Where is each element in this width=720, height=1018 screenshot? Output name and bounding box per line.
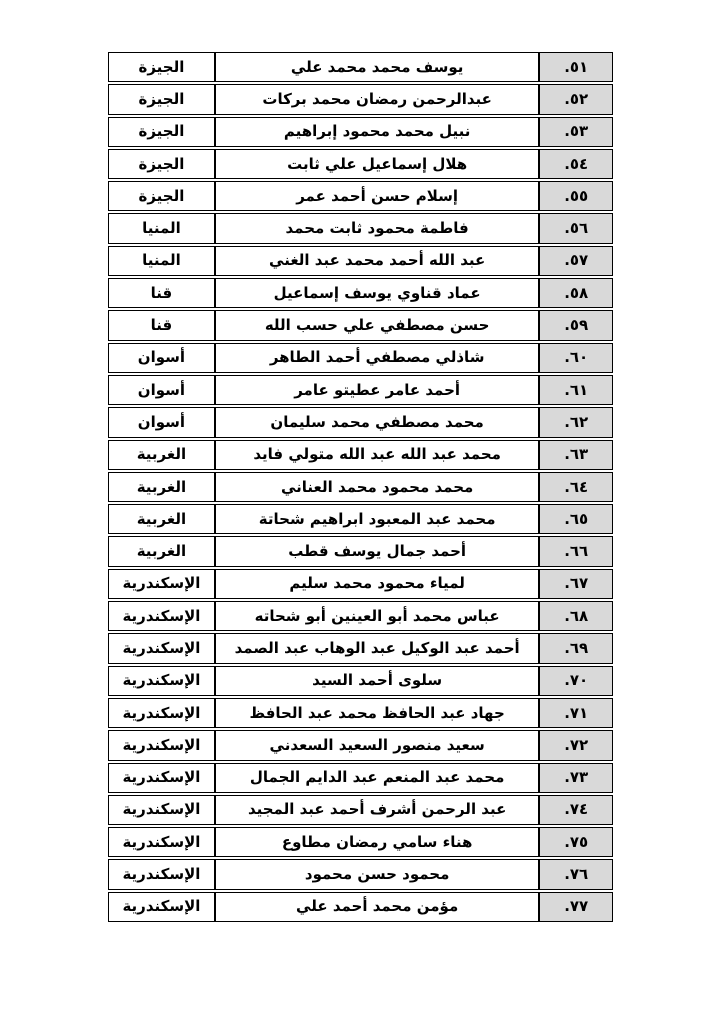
roster-table: ٥١. يوسف محمد محمد علي الجيزة ٥٢. عبدالر… bbox=[108, 50, 613, 924]
governorate-cell: الإسكندرية bbox=[108, 892, 215, 922]
row-number-cell: ٥٥. bbox=[539, 181, 613, 211]
person-name-cell: نبيل محمد محمود إبراهيم bbox=[215, 117, 540, 147]
row-number-cell: ٧٥. bbox=[539, 827, 613, 857]
table-row: ٥٤. هلال إسماعيل علي ثابت الجيزة bbox=[108, 149, 613, 179]
governorate-cell: الإسكندرية bbox=[108, 763, 215, 793]
governorate-cell: الإسكندرية bbox=[108, 795, 215, 825]
governorate-cell: الجيزة bbox=[108, 181, 215, 211]
governorate-cell: المنيا bbox=[108, 246, 215, 276]
row-number-cell: ٦١. bbox=[539, 375, 613, 405]
row-number-cell: ٦٨. bbox=[539, 601, 613, 631]
table-row: ٦٦. أحمد جمال يوسف قطب الغربية bbox=[108, 536, 613, 566]
row-number-cell: ٥٤. bbox=[539, 149, 613, 179]
table-row: ٦٠. شاذلي مصطفي أحمد الطاهر أسوان bbox=[108, 343, 613, 373]
governorate-cell: الجيزة bbox=[108, 52, 215, 82]
person-name-cell: سعيد منصور السعيد السعدني bbox=[215, 730, 540, 760]
person-name-cell: أحمد عبد الوكيل عبد الوهاب عبد الصمد bbox=[215, 633, 540, 663]
governorate-cell: أسوان bbox=[108, 407, 215, 437]
governorate-cell: الإسكندرية bbox=[108, 698, 215, 728]
table-row: ٦٩. أحمد عبد الوكيل عبد الوهاب عبد الصمد… bbox=[108, 633, 613, 663]
governorate-cell: الإسكندرية bbox=[108, 601, 215, 631]
person-name-cell: شاذلي مصطفي أحمد الطاهر bbox=[215, 343, 540, 373]
row-number-cell: ٥٩. bbox=[539, 310, 613, 340]
governorate-cell: أسوان bbox=[108, 375, 215, 405]
person-name-cell: هناء سامي رمضان مطاوع bbox=[215, 827, 540, 857]
row-number-cell: ٦٤. bbox=[539, 472, 613, 502]
person-name-cell: هلال إسماعيل علي ثابت bbox=[215, 149, 540, 179]
person-name-cell: محمد عبد المنعم عبد الدايم الجمال bbox=[215, 763, 540, 793]
governorate-cell: الإسكندرية bbox=[108, 730, 215, 760]
table-row: ٥٢. عبدالرحمن رمضان محمد بركات الجيزة bbox=[108, 84, 613, 114]
governorate-cell: المنيا bbox=[108, 213, 215, 243]
governorate-cell: الغربية bbox=[108, 440, 215, 470]
table-row: ٥٥. إسلام حسن أحمد عمر الجيزة bbox=[108, 181, 613, 211]
row-number-cell: ٥٢. bbox=[539, 84, 613, 114]
row-number-cell: ٥٦. bbox=[539, 213, 613, 243]
governorate-cell: الغربية bbox=[108, 504, 215, 534]
table-row: ٦٨. عباس محمد أبو العينين أبو شحاته الإس… bbox=[108, 601, 613, 631]
governorate-cell: الإسكندرية bbox=[108, 827, 215, 857]
table-row: ٦٣. محمد عبد الله عبد الله متولي فايد ال… bbox=[108, 440, 613, 470]
table-row: ٦١. أحمد عامر عطيتو عامر أسوان bbox=[108, 375, 613, 405]
row-number-cell: ٧١. bbox=[539, 698, 613, 728]
governorate-cell: أسوان bbox=[108, 343, 215, 373]
row-number-cell: ٦٥. bbox=[539, 504, 613, 534]
person-name-cell: إسلام حسن أحمد عمر bbox=[215, 181, 540, 211]
person-name-cell: عباس محمد أبو العينين أبو شحاته bbox=[215, 601, 540, 631]
table-row: ٥٦. فاطمة محمود ثابت محمد المنيا bbox=[108, 213, 613, 243]
person-name-cell: محمود حسن محمود bbox=[215, 859, 540, 889]
row-number-cell: ٦٦. bbox=[539, 536, 613, 566]
person-name-cell: محمد عبد المعبود ابراهيم شحاتة bbox=[215, 504, 540, 534]
row-number-cell: ٥٨. bbox=[539, 278, 613, 308]
roster-table-body: ٥١. يوسف محمد محمد علي الجيزة ٥٢. عبدالر… bbox=[108, 52, 613, 922]
governorate-cell: قنا bbox=[108, 278, 215, 308]
table-row: ٧٤. عبد الرحمن أشرف أحمد عبد المجيد الإس… bbox=[108, 795, 613, 825]
person-name-cell: محمد عبد الله عبد الله متولي فايد bbox=[215, 440, 540, 470]
table-row: ٥١. يوسف محمد محمد علي الجيزة bbox=[108, 52, 613, 82]
table-row: ٥٨. عماد قناوي يوسف إسماعيل قنا bbox=[108, 278, 613, 308]
person-name-cell: محمد محمود محمد العناني bbox=[215, 472, 540, 502]
row-number-cell: ٧٧. bbox=[539, 892, 613, 922]
row-number-cell: ٦٧. bbox=[539, 569, 613, 599]
governorate-cell: الغربية bbox=[108, 472, 215, 502]
row-number-cell: ٧٦. bbox=[539, 859, 613, 889]
table-row: ٧٢. سعيد منصور السعيد السعدني الإسكندرية bbox=[108, 730, 613, 760]
person-name-cell: سلوى أحمد السيد bbox=[215, 666, 540, 696]
governorate-cell: الإسكندرية bbox=[108, 633, 215, 663]
row-number-cell: ٦٩. bbox=[539, 633, 613, 663]
table-row: ٦٥. محمد عبد المعبود ابراهيم شحاتة الغرب… bbox=[108, 504, 613, 534]
table-row: ٧٣. محمد عبد المنعم عبد الدايم الجمال ال… bbox=[108, 763, 613, 793]
person-name-cell: حسن مصطفي علي حسب الله bbox=[215, 310, 540, 340]
table-row: ٦٧. لمياء محمود محمد سليم الإسكندرية bbox=[108, 569, 613, 599]
row-number-cell: ٧٢. bbox=[539, 730, 613, 760]
row-number-cell: ٥١. bbox=[539, 52, 613, 82]
person-name-cell: فاطمة محمود ثابت محمد bbox=[215, 213, 540, 243]
governorate-cell: الإسكندرية bbox=[108, 859, 215, 889]
person-name-cell: عبد الله أحمد محمد عبد الغني bbox=[215, 246, 540, 276]
row-number-cell: ٦٢. bbox=[539, 407, 613, 437]
governorate-cell: الجيزة bbox=[108, 84, 215, 114]
scanned-document-page: ٥١. يوسف محمد محمد علي الجيزة ٥٢. عبدالر… bbox=[0, 0, 720, 1018]
table-row: ٧٠. سلوى أحمد السيد الإسكندرية bbox=[108, 666, 613, 696]
governorate-cell: الإسكندرية bbox=[108, 666, 215, 696]
governorate-cell: الجيزة bbox=[108, 117, 215, 147]
governorate-cell: الإسكندرية bbox=[108, 569, 215, 599]
person-name-cell: لمياء محمود محمد سليم bbox=[215, 569, 540, 599]
person-name-cell: أحمد عامر عطيتو عامر bbox=[215, 375, 540, 405]
person-name-cell: أحمد جمال يوسف قطب bbox=[215, 536, 540, 566]
person-name-cell: مؤمن محمد أحمد علي bbox=[215, 892, 540, 922]
table-row: ٧٥. هناء سامي رمضان مطاوع الإسكندرية bbox=[108, 827, 613, 857]
governorate-cell: الجيزة bbox=[108, 149, 215, 179]
table-row: ٧١. جهاد عبد الحافظ محمد عبد الحافظ الإس… bbox=[108, 698, 613, 728]
row-number-cell: ٦٣. bbox=[539, 440, 613, 470]
table-row: ٦٤. محمد محمود محمد العناني الغربية bbox=[108, 472, 613, 502]
table-row: ٥٩. حسن مصطفي علي حسب الله قنا bbox=[108, 310, 613, 340]
governorate-cell: الغربية bbox=[108, 536, 215, 566]
table-row: ٧٧. مؤمن محمد أحمد علي الإسكندرية bbox=[108, 892, 613, 922]
row-number-cell: ٥٣. bbox=[539, 117, 613, 147]
table-row: ٥٣. نبيل محمد محمود إبراهيم الجيزة bbox=[108, 117, 613, 147]
table-row: ٧٦. محمود حسن محمود الإسكندرية bbox=[108, 859, 613, 889]
row-number-cell: ٦٠. bbox=[539, 343, 613, 373]
person-name-cell: جهاد عبد الحافظ محمد عبد الحافظ bbox=[215, 698, 540, 728]
person-name-cell: عبد الرحمن أشرف أحمد عبد المجيد bbox=[215, 795, 540, 825]
row-number-cell: ٧٠. bbox=[539, 666, 613, 696]
table-row: ٥٧. عبد الله أحمد محمد عبد الغني المنيا bbox=[108, 246, 613, 276]
person-name-cell: عبدالرحمن رمضان محمد بركات bbox=[215, 84, 540, 114]
person-name-cell: محمد مصطفي محمد سليمان bbox=[215, 407, 540, 437]
table-row: ٦٢. محمد مصطفي محمد سليمان أسوان bbox=[108, 407, 613, 437]
governorate-cell: قنا bbox=[108, 310, 215, 340]
person-name-cell: يوسف محمد محمد علي bbox=[215, 52, 540, 82]
row-number-cell: ٥٧. bbox=[539, 246, 613, 276]
row-number-cell: ٧٣. bbox=[539, 763, 613, 793]
person-name-cell: عماد قناوي يوسف إسماعيل bbox=[215, 278, 540, 308]
row-number-cell: ٧٤. bbox=[539, 795, 613, 825]
